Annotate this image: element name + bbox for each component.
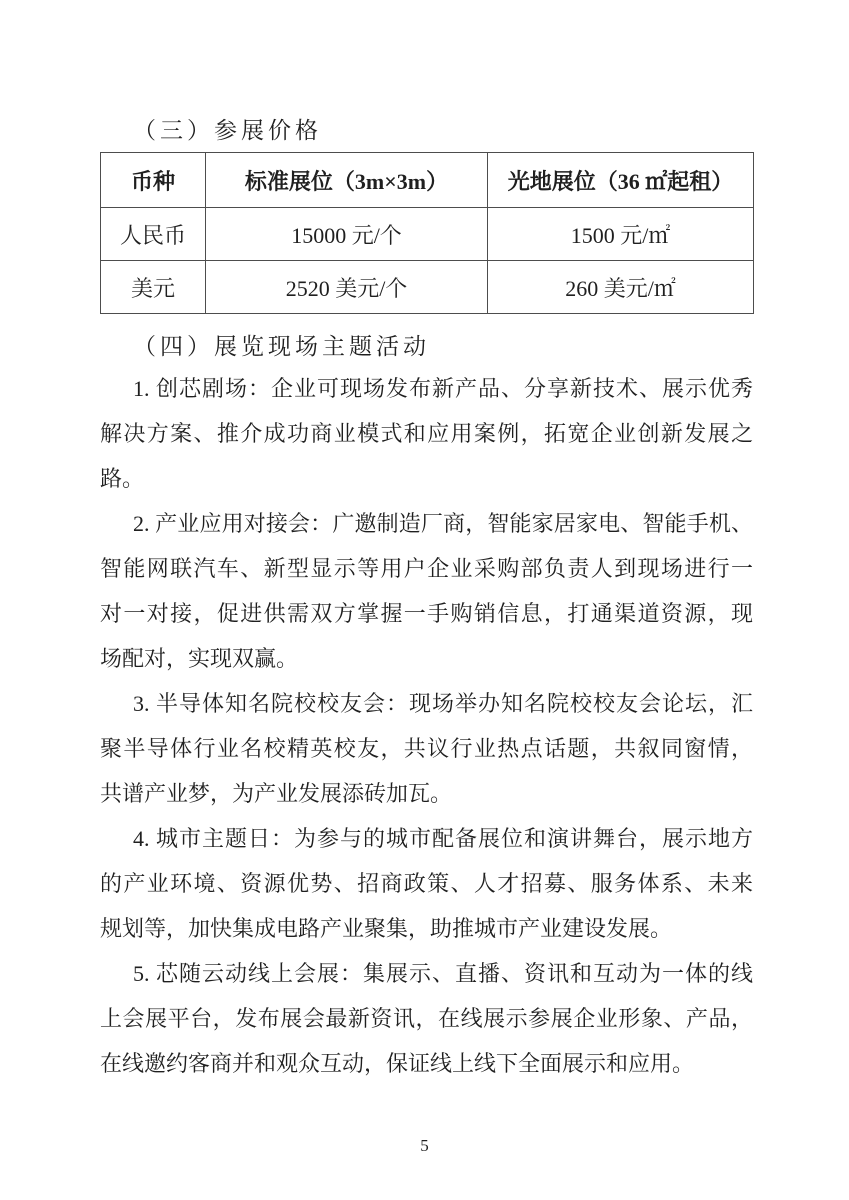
- paragraph-line: 对一对接，促进供需双方掌握一手购销信息，打通渠道资源，现: [100, 591, 753, 636]
- page-number: 5: [0, 1134, 849, 1158]
- section-heading-onsite-activities: （四）展览现场主题活动: [100, 324, 760, 369]
- body-text: 1. 创芯剧场：企业可现场发布新产品、分享新技术、展示优秀 解决方案、推介成功商…: [100, 366, 753, 1086]
- paragraph-line: 路。: [100, 456, 753, 501]
- paragraph-line: 在线邀约客商并和观众互动，保证线上线下全面展示和应用。: [100, 1041, 753, 1086]
- cell-rmb-standard-price: 15000 元/个: [206, 208, 488, 261]
- column-header-standard-booth: 标准展位（3m×3m）: [206, 153, 488, 208]
- paragraph-line: 解决方案、推介成功商业模式和应用案例，拓宽企业创新发展之: [100, 411, 753, 456]
- table-row: 美元 2520 美元/个 260 美元/㎡: [101, 261, 754, 314]
- column-header-raw-space: 光地展位（36 ㎡起租）: [488, 153, 754, 208]
- cell-usd-standard-price: 2520 美元/个: [206, 261, 488, 314]
- paragraph-line: 3. 半导体知名院校校友会：现场举办知名院校校友会论坛，汇: [100, 681, 753, 726]
- table-row: 人民币 15000 元/个 1500 元/㎡: [101, 208, 754, 261]
- paragraph-line: 的产业环境、资源优势、招商政策、人才招募、服务体系、未来: [100, 861, 753, 906]
- document-page: （三）参展价格 币种 标准展位（3m×3m） 光地展位（36 ㎡起租） 人民币 …: [0, 0, 849, 1200]
- paragraph-line: 共谱产业梦，为产业发展添砖加瓦。: [100, 771, 753, 816]
- column-header-currency: 币种: [101, 153, 206, 208]
- section-heading-exhibition-price: （三）参展价格: [100, 108, 760, 153]
- paragraph-line: 规划等，加快集成电路产业聚集，助推城市产业建设发展。: [100, 906, 753, 951]
- paragraph-line: 上会展平台，发布展会最新资讯，在线展示参展企业形象、产品，: [100, 996, 753, 1041]
- price-table-header-row: 币种 标准展位（3m×3m） 光地展位（36 ㎡起租）: [101, 153, 754, 208]
- paragraph-line: 5. 芯随云动线上会展：集展示、直播、资讯和互动为一体的线: [100, 951, 753, 996]
- cell-currency-usd: 美元: [101, 261, 206, 314]
- paragraph-line: 1. 创芯剧场：企业可现场发布新产品、分享新技术、展示优秀: [100, 366, 753, 411]
- cell-currency-rmb: 人民币: [101, 208, 206, 261]
- price-table: 币种 标准展位（3m×3m） 光地展位（36 ㎡起租） 人民币 15000 元/…: [100, 152, 754, 314]
- cell-usd-rawspace-price: 260 美元/㎡: [488, 261, 754, 314]
- paragraph-line: 智能网联汽车、新型显示等用户企业采购部负责人到现场进行一: [100, 546, 753, 591]
- paragraph-line: 聚半导体行业名校精英校友，共议行业热点话题，共叙同窗情，: [100, 726, 753, 771]
- paragraph-line: 4. 城市主题日：为参与的城市配备展位和演讲舞台，展示地方: [100, 816, 753, 861]
- paragraph-line: 2. 产业应用对接会：广邀制造厂商，智能家居家电、智能手机、: [100, 501, 753, 546]
- cell-rmb-rawspace-price: 1500 元/㎡: [488, 208, 754, 261]
- paragraph-line: 场配对，实现双赢。: [100, 636, 753, 681]
